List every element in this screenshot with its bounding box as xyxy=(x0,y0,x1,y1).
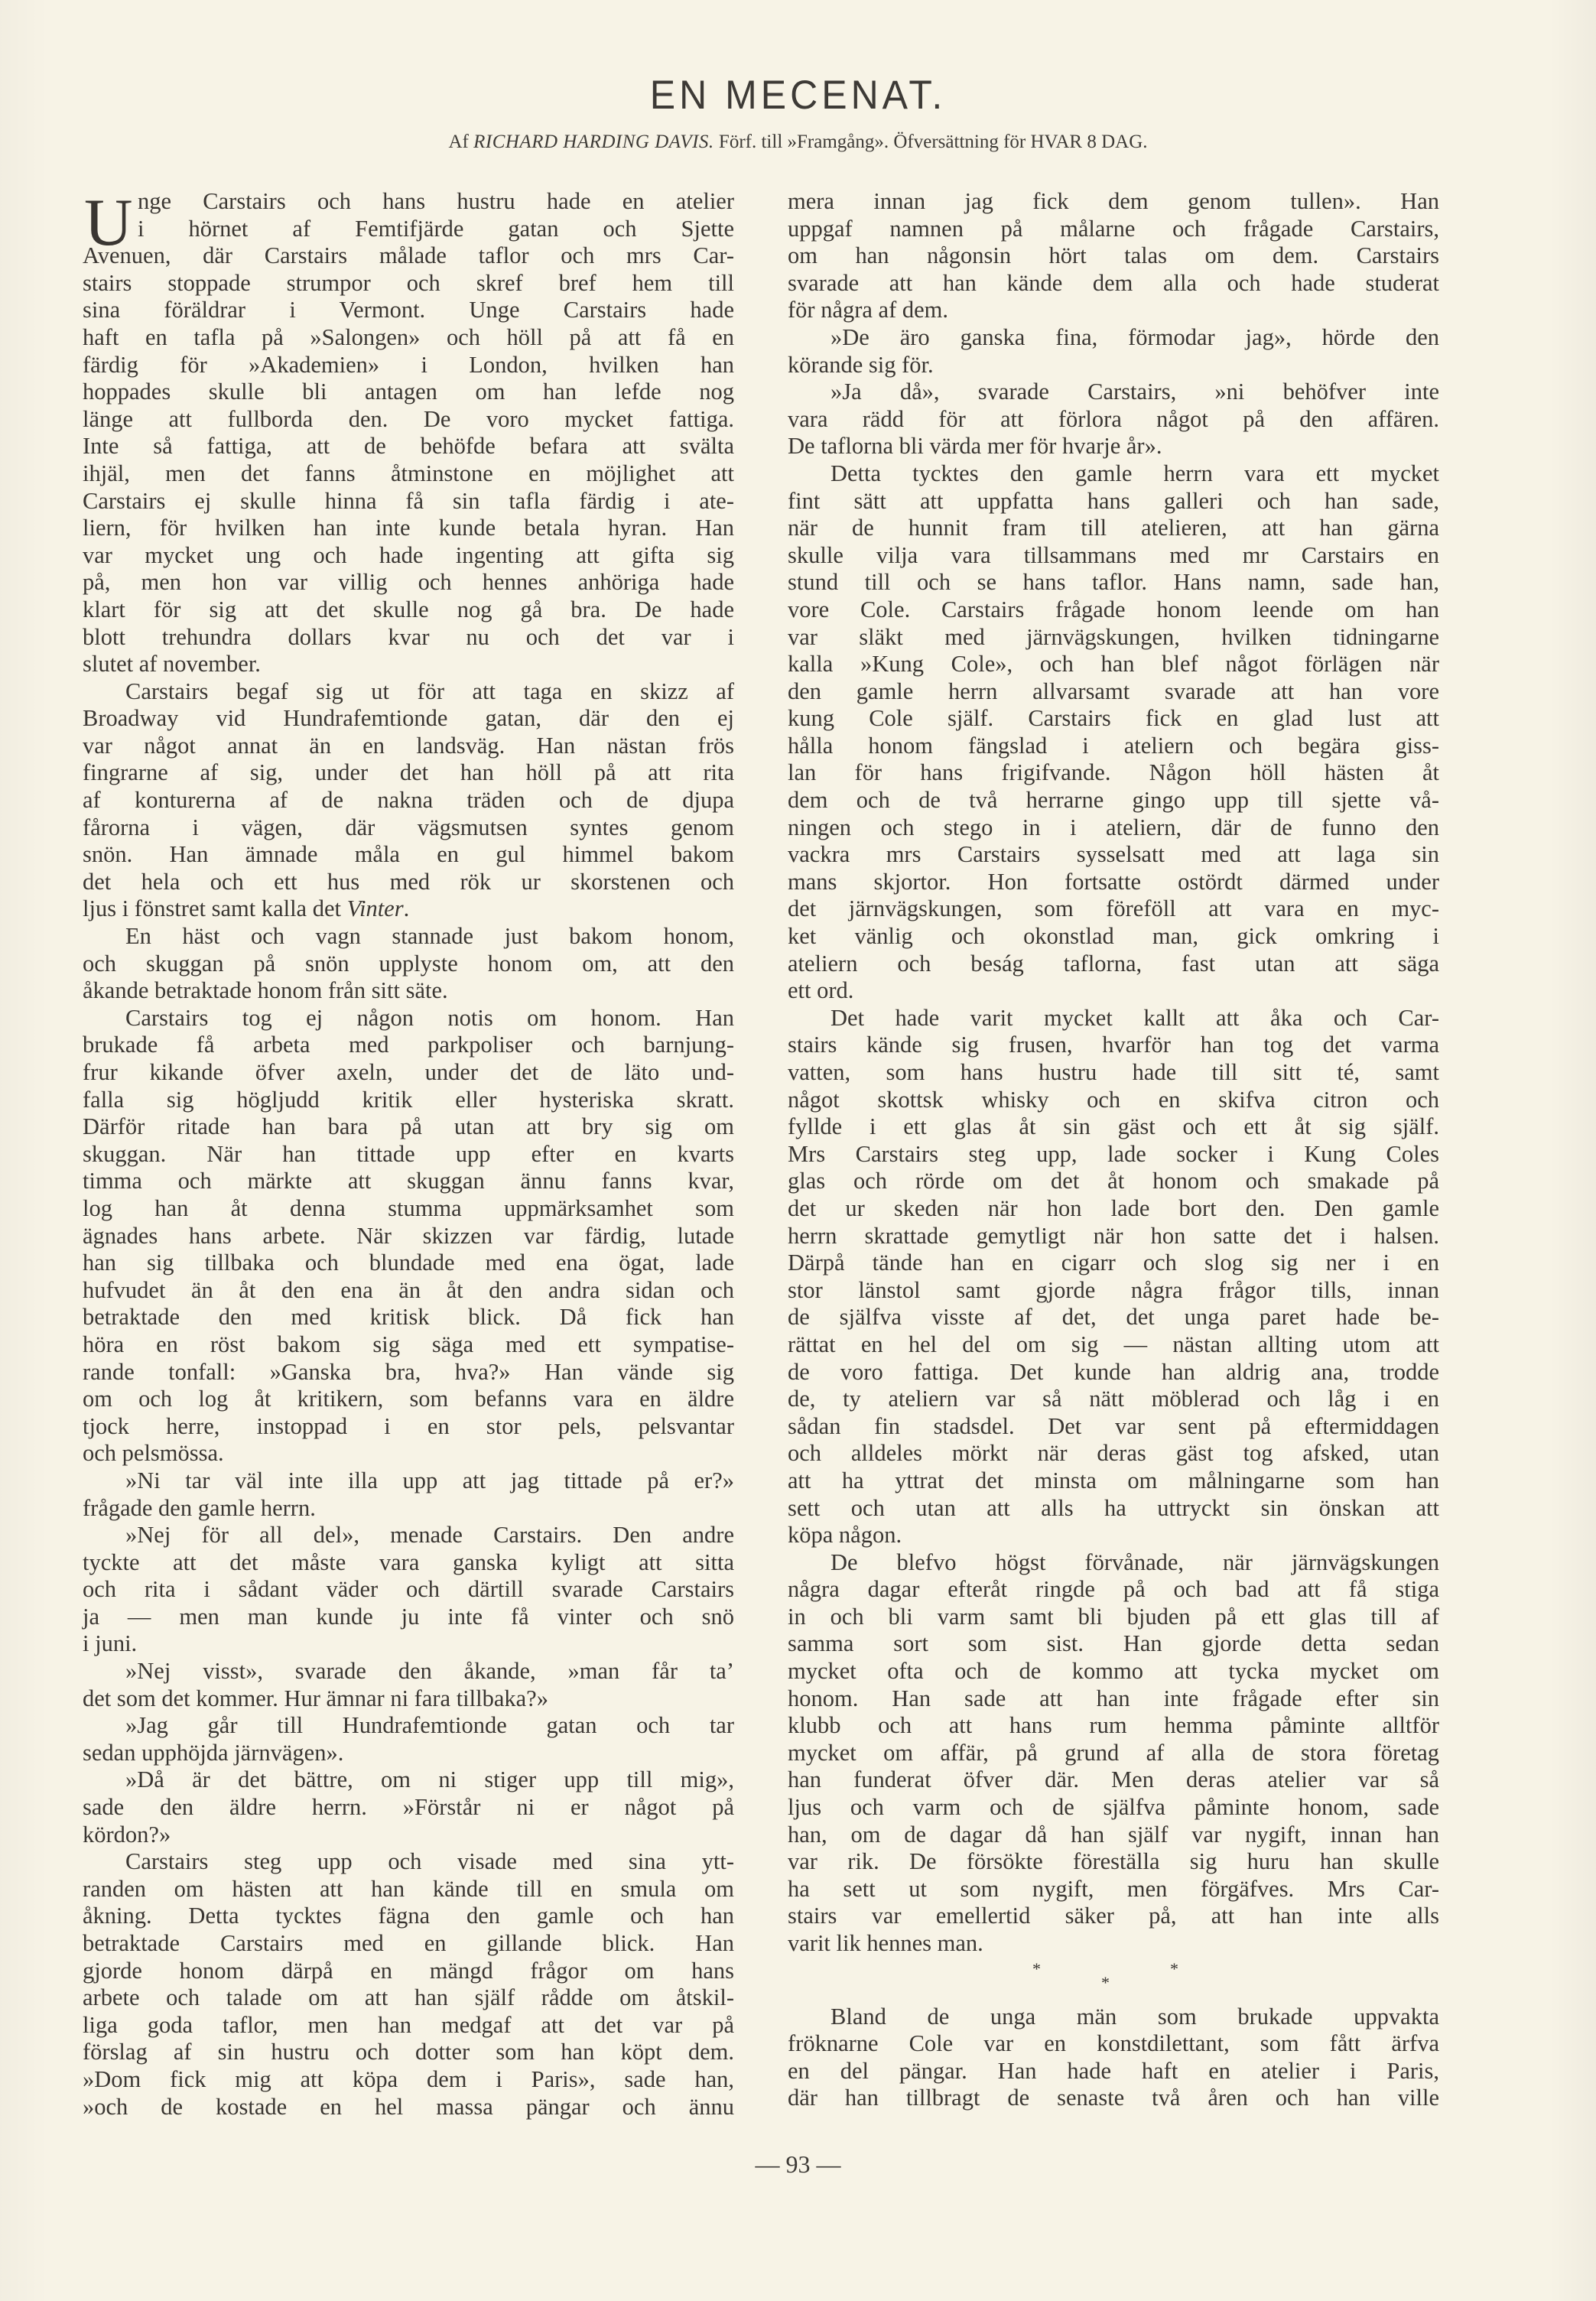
text-line: något skottsk whisky och en skifva citro… xyxy=(788,1087,1439,1114)
text-line-content: sedan upphöjda järnvägen». xyxy=(83,1740,343,1766)
text-line: var mycket ung och hade ingenting att gi… xyxy=(83,542,734,570)
text-line: var rik. De försökte föreställa sig huru… xyxy=(788,1848,1439,1876)
text-line-content: en del pängar. Han hade haft en atelier … xyxy=(788,2058,1439,2084)
text-line: ningen och stego in i ateliern, där de f… xyxy=(788,814,1439,842)
text-line: Detta tycktes den gamle herrn vara ett m… xyxy=(788,460,1439,488)
text-line-content: Carstairs ej skulle hinna få sin tafla f… xyxy=(83,488,734,514)
text-line: lan för hans frigifvande. Någon höll häs… xyxy=(788,759,1439,787)
text-line: betraktade Carstairs med en gillande bli… xyxy=(83,1930,734,1958)
text-line: nge Carstairs och hans hustru hade en at… xyxy=(83,188,734,216)
text-line: skuggan. När han tittade upp efter en kv… xyxy=(83,1141,734,1168)
text-line-content: ihjäl, men det fanns åtminstone en möjli… xyxy=(83,460,734,486)
text-line-content: hufvudet än åt den ena än åt den andra s… xyxy=(83,1277,734,1303)
text-line-content: ett ord. xyxy=(788,977,853,1003)
text-line-content: »Ja då», svarade Carstairs, »ni behöfver… xyxy=(831,379,1439,405)
text-line-content: rande tonfall: »Ganska bra, hva?» Han vä… xyxy=(83,1359,734,1385)
text-line-content: Inte så fattiga, att de behöfde befara a… xyxy=(83,433,734,459)
text-line-content: ägnades hans arbete. När skizzen var fär… xyxy=(83,1223,734,1249)
text-line: mycket ofta och de kommo att tycka mycke… xyxy=(788,1658,1439,1685)
text-line: log han åt denna stumma uppmärksamhet so… xyxy=(83,1195,734,1223)
byline: Af RICHARD HARDING DAVIS. Förf. till »Fr… xyxy=(0,132,1596,153)
text-line-content: frur kikande öfver axeln, under det de l… xyxy=(83,1059,734,1085)
text-line: det järnvägskungen, som föreföll att var… xyxy=(788,895,1439,923)
text-line: på, men hon var villig och hennes anhöri… xyxy=(83,569,734,596)
article-title: EN MECENAT. xyxy=(0,72,1596,119)
text-line-content: ljus i fönstret samt kalla det xyxy=(83,895,341,921)
text-line-content: haft en tafla på »Salongen» och höll på … xyxy=(83,324,734,350)
text-line: falla sig högljudd kritik eller hysteris… xyxy=(83,1087,734,1114)
text-line: Carstairs steg upp och visade med sina y… xyxy=(83,1848,734,1876)
text-line: Därpå tände han en cigarr och slog sig n… xyxy=(788,1250,1439,1277)
text-line: sina föräldrar i Vermont. Unge Carstairs… xyxy=(83,297,734,324)
text-line: en del pängar. Han hade haft en atelier … xyxy=(788,2058,1439,2085)
text-line: om och log åt kritikern, som befanns var… xyxy=(83,1386,734,1413)
text-line-content: i hörnet af Femtifjärde gatan och Sjette xyxy=(138,216,734,242)
text-line: glas och rörde om det åt honom och smaka… xyxy=(788,1168,1439,1195)
text-line: hålla honom fängslad i ateliern och begä… xyxy=(788,733,1439,760)
text-line: varit lik hennes man. xyxy=(788,1930,1439,1958)
text-line-content: ha sett ut som nygift, men förgäfves. Mr… xyxy=(788,1876,1439,1902)
byline-rest: Förf. till »Framgång». Öfversättning för… xyxy=(719,132,1148,152)
text-line-content: frågade den gamle herrn. xyxy=(83,1495,316,1521)
text-line-content: svarade att han kände dem alla och hade … xyxy=(788,270,1439,296)
text-line-content: blott trehundra dollars kvar nu och det … xyxy=(83,624,734,650)
right-column-text: mera innan jag fick dem genom tullen». H… xyxy=(788,188,1439,1958)
text-line-content: stairs kände sig frusen, hvarför han tog… xyxy=(788,1032,1439,1058)
author-name: RICHARD HARDING DAVIS. xyxy=(473,132,714,152)
page-number: — 93 — xyxy=(0,2150,1596,2179)
text-line: snön. Han ämnade måla en gul himmel bako… xyxy=(83,841,734,869)
text-line: höra en röst bakom sig säga med ett symp… xyxy=(83,1331,734,1359)
text-line: haft en tafla på »Salongen» och höll på … xyxy=(83,324,734,352)
text-line: Broadway vid Hundrafemtionde gatan, där … xyxy=(83,705,734,733)
text-line: skulle vilja vara tillsammans med mr Car… xyxy=(788,542,1439,570)
text-line: honom. Han sade att han inte frågade eft… xyxy=(788,1685,1439,1713)
text-line: och alldeles mörkt när deras gäst tog af… xyxy=(788,1440,1439,1467)
text-line-content: Avenuen, där Carstairs målade taflor och… xyxy=(83,242,734,268)
text-line-content: köpa någon. xyxy=(788,1522,902,1548)
text-line-content: den gamle herrn allvarsamt svarade att h… xyxy=(788,678,1439,704)
text-line: de själfva visste af det, det unga paret… xyxy=(788,1304,1439,1331)
left-column-text: nge Carstairs och hans hustru hade en at… xyxy=(83,188,734,2121)
text-line-content: betraktade den med kritisk blick. Då fic… xyxy=(83,1304,734,1330)
text-line: »Jag går till Hundrafemtionde gatan och … xyxy=(83,1712,734,1740)
text-line: Mrs Carstairs steg upp, lade socker i Ku… xyxy=(788,1141,1439,1168)
section-break-star: * xyxy=(1170,1959,1178,1979)
text-line-content: hålla honom fängslad i ateliern och begä… xyxy=(788,733,1439,759)
punctuation: . xyxy=(404,895,410,921)
text-line-content: var släkt med järnvägskungen, hvilken ti… xyxy=(788,624,1439,650)
text-line-content: ja — men man kunde ju inte få vinter och… xyxy=(83,1604,734,1630)
text-line-content: och skuggan på snön upplyste honom om, a… xyxy=(83,951,734,977)
text-line-content: slutet af november. xyxy=(83,651,261,677)
text-line-content: Carstairs begaf sig ut för att taga en s… xyxy=(125,678,734,704)
text-line: »Nej för all del», menade Carstairs. Den… xyxy=(83,1522,734,1549)
text-line: hoppades skulle bli antagen om han lefde… xyxy=(83,379,734,406)
text-line-content: och alldeles mörkt när deras gäst tog af… xyxy=(788,1440,1439,1466)
byline-prefix: Af xyxy=(448,132,468,152)
text-line: de voro fattiga. Det kunde han aldrig an… xyxy=(788,1359,1439,1386)
text-line: han funderat öfver där. Men deras atelie… xyxy=(788,1766,1439,1794)
text-line-content: för några af dem. xyxy=(788,297,948,323)
text-line: Därför ritade han bara på utan att bry s… xyxy=(83,1113,734,1141)
section-break-star: * xyxy=(1032,1959,1041,1979)
text-line: frur kikande öfver axeln, under det de l… xyxy=(83,1059,734,1087)
text-line: stairs stoppade strumpor och skref bref … xyxy=(83,270,734,297)
text-line-content: dem och de två herrarne gingo upp till s… xyxy=(788,787,1439,813)
text-line-content: stund till och se hans taflor. Hans namn… xyxy=(788,569,1439,595)
text-line-content: tjock herre, instoppad i en stor pels, p… xyxy=(83,1413,734,1439)
text-line: stor länstol samt gjorde några frågor ti… xyxy=(788,1277,1439,1305)
text-line-content: stairs var emellertid säker på, att han … xyxy=(788,1903,1439,1929)
text-line-content: fint sätt att uppfatta hans galleri och … xyxy=(788,488,1439,514)
text-line-content: fröknarne Cole var en konstdilettant, so… xyxy=(788,2030,1439,2056)
text-line-content: vara rädd för att förlora något på den a… xyxy=(788,406,1439,432)
text-line-content: timma och märkte att skuggan ännu fanns … xyxy=(83,1168,734,1194)
text-line-content: »Ni tar väl inte illa upp att jag tittad… xyxy=(125,1467,734,1493)
text-line-content: när de hunnit fram till atelieren, att h… xyxy=(788,515,1439,541)
text-line-content: Broadway vid Hundrafemtionde gatan, där … xyxy=(83,705,734,731)
text-line: han sig tillbaka och blundade med ena ög… xyxy=(83,1250,734,1277)
text-line-content: om han någonsin hört talas om dem. Carst… xyxy=(788,242,1439,268)
text-line: af konturerna af de nakna träden och de … xyxy=(83,787,734,814)
text-line: kalla »Kung Cole», och han blef något fö… xyxy=(788,651,1439,678)
text-line: klart för sig att det skulle nog gå bra.… xyxy=(83,596,734,624)
text-line: ägnades hans arbete. När skizzen var fär… xyxy=(83,1223,734,1250)
text-line-content: ateliern och beság taflorna, fast utan a… xyxy=(788,951,1439,977)
text-line-content: fingrarne af sig, under det han höll på … xyxy=(83,759,734,785)
text-line-content: de själfva visste af det, det unga paret… xyxy=(788,1304,1439,1330)
text-line: Carstairs ej skulle hinna få sin tafla f… xyxy=(83,488,734,515)
text-line-content: in och bli varm samt bli bjuden på ett g… xyxy=(788,1604,1439,1630)
text-line-content: sådan fin stadsdel. Det var sent på efte… xyxy=(788,1413,1439,1439)
text-line: timma och märkte att skuggan ännu fanns … xyxy=(83,1168,734,1195)
text-line-content: mera innan jag fick dem genom tullen». H… xyxy=(788,188,1439,214)
text-line: »Nej visst», svarade den åkande, »man få… xyxy=(83,1658,734,1685)
text-line-content: arbete och talade om att han själf rådde… xyxy=(83,1984,734,2010)
text-line: slutet af november. xyxy=(83,651,734,678)
text-line: tjock herre, instoppad i en stor pels, p… xyxy=(83,1413,734,1441)
text-line: rande tonfall: »Ganska bra, hva?» Han vä… xyxy=(83,1359,734,1386)
text-line-content: var rik. De försökte föreställa sig huru… xyxy=(788,1848,1439,1874)
text-line-content: något skottsk whisky och en skifva citro… xyxy=(788,1087,1439,1113)
text-line-content: vatten, som hans hustru hade till sitt t… xyxy=(788,1059,1439,1085)
text-line-content: det hela och ett hus med rök ur skorsten… xyxy=(83,869,734,895)
text-line-content: brukade få arbeta med parkpoliser och ba… xyxy=(83,1032,734,1058)
text-line: körande sig för. xyxy=(788,352,1439,379)
text-line: fingrarne af sig, under det han höll på … xyxy=(83,759,734,787)
text-line: »De äro ganska fina, förmodar jag», hörd… xyxy=(788,324,1439,352)
text-line: ihjäl, men det fanns åtminstone en möjli… xyxy=(83,460,734,488)
text-line: fröknarne Cole var en konstdilettant, so… xyxy=(788,2030,1439,2058)
text-line-content: snön. Han ämnade måla en gul himmel bako… xyxy=(83,841,734,867)
text-line-content: Carstairs steg upp och visade med sina y… xyxy=(125,1848,734,1874)
text-line: gjorde honom därpå en mängd frågor om ha… xyxy=(83,1958,734,1985)
text-line: sådan fin stadsdel. Det var sent på efte… xyxy=(788,1413,1439,1441)
text-line-content: mans skjortor. Hon fortsatte ostördt där… xyxy=(788,869,1439,895)
text-line: och skuggan på snön upplyste honom om, a… xyxy=(83,951,734,978)
text-line-content: fyllde i ett glas åt sin gäst och ett åt… xyxy=(788,1113,1439,1139)
text-line-content: länge att fullborda den. De voro mycket … xyxy=(83,406,734,432)
text-line: sett och utan att alls ha uttryckt sin ö… xyxy=(788,1495,1439,1523)
text-line: fårorna i vägen, där vägsmutsen syntes g… xyxy=(83,814,734,842)
text-line-content: sade den äldre herrn. »Förstår ni er någ… xyxy=(83,1794,734,1820)
text-line: blott trehundra dollars kvar nu och det … xyxy=(83,624,734,652)
text-line: »Då är det bättre, om ni stiger upp till… xyxy=(83,1766,734,1794)
text-line: vara rädd för att förlora något på den a… xyxy=(788,406,1439,434)
text-line: om han någonsin hört talas om dem. Carst… xyxy=(788,242,1439,270)
text-line: fint sätt att uppfatta hans galleri och … xyxy=(788,488,1439,515)
text-line: betraktade den med kritisk blick. Då fic… xyxy=(83,1304,734,1331)
text-line: »Ja då», svarade Carstairs, »ni behöfver… xyxy=(788,379,1439,406)
text-line-content: sett och utan att alls ha uttryckt sin ö… xyxy=(788,1495,1439,1521)
text-line: brukade få arbeta med parkpoliser och ba… xyxy=(83,1032,734,1059)
text-line-content: sina föräldrar i Vermont. Unge Carstairs… xyxy=(83,297,734,323)
text-line-content: åkning. Detta tycktes fägna den gamle oc… xyxy=(83,1903,734,1929)
text-line-content: det som det kommer. Hur ämnar ni fara ti… xyxy=(83,1685,548,1711)
text-line-content: färdig för »Akademien» i London, hvilken… xyxy=(83,352,734,378)
text-line: tyckte att det måste vara ganska kyligt … xyxy=(83,1549,734,1577)
text-line-content: det ur skeden när hon lade bort den. Den… xyxy=(788,1195,1439,1221)
text-line-content: förslag af sin hustru och dotter som han… xyxy=(83,2039,734,2065)
text-line-content: i juni. xyxy=(83,1630,137,1656)
italic-word: Vinter xyxy=(347,895,404,921)
text-line-content: och rita i sådant väder och därtill svar… xyxy=(83,1576,734,1602)
drop-cap: U xyxy=(84,193,133,254)
text-line-content: ningen och stego in i ateliern, där de f… xyxy=(788,814,1439,840)
text-line: kördon?» xyxy=(83,1822,734,1849)
text-line: köpa någon. xyxy=(788,1522,1439,1549)
text-line: sade den äldre herrn. »Förstår ni er någ… xyxy=(83,1794,734,1822)
text-line-content: stor länstol samt gjorde några frågor ti… xyxy=(788,1277,1439,1303)
text-line-content: »Nej visst», svarade den åkande, »man få… xyxy=(125,1658,734,1684)
text-line: liern, för hvilken han inte kunde betala… xyxy=(83,515,734,542)
text-line: liga goda taflor, men han medgaf att det… xyxy=(83,2012,734,2039)
text-line-content: nge Carstairs och hans hustru hade en at… xyxy=(138,188,734,214)
text-line: mans skjortor. Hon fortsatte ostördt där… xyxy=(788,869,1439,896)
text-line-content: Det hade varit mycket kallt att åka och … xyxy=(831,1005,1439,1031)
text-line: rättat en hel del om sig — nästan alltin… xyxy=(788,1331,1439,1359)
text-line-content: falla sig högljudd kritik eller hysteris… xyxy=(83,1087,734,1113)
section-break: * * * xyxy=(788,1958,1439,2004)
text-line-content: »Jag går till Hundrafemtionde gatan och … xyxy=(125,1712,734,1738)
text-line: frågade den gamle herrn. xyxy=(83,1495,734,1523)
text-line: Carstairs tog ej någon notis om honom. H… xyxy=(83,1005,734,1032)
text-line: ket vänlig och okonstlad man, gick omkri… xyxy=(788,923,1439,951)
text-line: stairs var emellertid säker på, att han … xyxy=(788,1903,1439,1930)
text-line: Bland de unga män som brukade uppvakta xyxy=(788,2004,1439,2031)
text-line-content: om och log åt kritikern, som befanns var… xyxy=(83,1386,734,1412)
text-line-content: ket vänlig och okonstlad man, gick omkri… xyxy=(788,923,1439,949)
text-line: dem och de två herrarne gingo upp till s… xyxy=(788,787,1439,814)
text-line-content: En häst och vagn stannade just bakom hon… xyxy=(125,923,734,949)
text-line-content: »Nej för all del», menade Carstairs. Den… xyxy=(125,1522,734,1548)
text-line: vatten, som hans hustru hade till sitt t… xyxy=(788,1059,1439,1087)
text-line: åkning. Detta tycktes fägna den gamle oc… xyxy=(83,1903,734,1930)
text-line-content: där han tillbragt de senaste två åren oc… xyxy=(788,2085,1439,2111)
text-line: för några af dem. xyxy=(788,297,1439,324)
text-line: förslag af sin hustru och dotter som han… xyxy=(83,2039,734,2066)
text-line-content: skuggan. När han tittade upp efter en kv… xyxy=(83,1141,734,1167)
text-line-content: några dagar efteråt ringde på och bad at… xyxy=(788,1576,1439,1602)
text-line-content: kung Cole själf. Carstairs fick en glad … xyxy=(788,705,1439,731)
text-line: mycket om affär, på grund af alla de sto… xyxy=(788,1740,1439,1767)
text-line-content: tyckte att det måste vara ganska kyligt … xyxy=(83,1549,734,1575)
text-line: arbete och talade om att han själf rådde… xyxy=(83,1984,734,2012)
text-line: herrn skrattade gemytligt när hon satte … xyxy=(788,1223,1439,1250)
text-line: färdig för »Akademien» i London, hvilken… xyxy=(83,352,734,379)
text-line: De blefvo högst förvånade, när järnvägsk… xyxy=(788,1549,1439,1577)
text-line-content: var mycket ung och hade ingenting att gi… xyxy=(83,542,734,568)
text-line: stund till och se hans taflor. Hans namn… xyxy=(788,569,1439,596)
text-line-content: Bland de unga män som brukade uppvakta xyxy=(831,2004,1439,2030)
text-line: ja — men man kunde ju inte få vinter och… xyxy=(83,1604,734,1631)
text-line: att ha yttrat det minsta om målningarne … xyxy=(788,1467,1439,1495)
text-line: ett ord. xyxy=(788,977,1439,1005)
text-line-content: stairs stoppade strumpor och skref bref … xyxy=(83,270,734,296)
text-line-content: Carstairs tog ej någon notis om honom. H… xyxy=(125,1005,734,1031)
text-line-content: de voro fattiga. Det kunde han aldrig an… xyxy=(788,1359,1439,1385)
text-line: länge att fullborda den. De voro mycket … xyxy=(83,406,734,434)
text-line: det hela och ett hus med rök ur skorsten… xyxy=(83,869,734,896)
text-line: var släkt med järnvägskungen, hvilken ti… xyxy=(788,624,1439,652)
text-line-content: liga goda taflor, men han medgaf att det… xyxy=(83,2012,734,2038)
text-line-content: han funderat öfver där. Men deras atelie… xyxy=(788,1766,1439,1792)
text-line: var något annat än en landsväg. Han näst… xyxy=(83,733,734,760)
text-line: i hörnet af Femtifjärde gatan och Sjette xyxy=(83,216,734,243)
text-line-content: »De äro ganska fina, förmodar jag», hörd… xyxy=(831,324,1439,350)
text-line-content: att ha yttrat det minsta om målningarne … xyxy=(788,1467,1439,1493)
text-line-content: betraktade Carstairs med en gillande bli… xyxy=(83,1930,734,1956)
text-line-content: rättat en hel del om sig — nästan alltin… xyxy=(788,1331,1439,1357)
text-line: ateliern och beság taflorna, fast utan a… xyxy=(788,951,1439,978)
text-line-content: samma sort som sist. Han gjorde detta se… xyxy=(788,1630,1439,1656)
text-line: ha sett ut som nygift, men förgäfves. Mr… xyxy=(788,1876,1439,1903)
text-line-content: Därpå tände han en cigarr och slog sig n… xyxy=(788,1250,1439,1276)
text-line-content: »Då är det bättre, om ni stiger upp till… xyxy=(125,1766,734,1792)
text-line-content: log han åt denna stumma uppmärksamhet so… xyxy=(83,1195,734,1221)
text-line: ljus i fönstret samt kalla det Vinter. xyxy=(83,895,734,923)
text-line-content: på, men hon var villig och hennes anhöri… xyxy=(83,569,734,595)
text-line: den gamle herrn allvarsamt svarade att h… xyxy=(788,678,1439,706)
text-line-content: var något annat än en landsväg. Han näst… xyxy=(83,733,734,759)
text-line-content: han, om de dagar då han själf var nygift… xyxy=(788,1822,1439,1848)
text-line: fyllde i ett glas åt sin gäst och ett åt… xyxy=(788,1113,1439,1141)
text-line: sedan upphöjda järnvägen». xyxy=(83,1740,734,1767)
section-break-star: * xyxy=(1101,1973,1110,1993)
text-line: randen om hästen att han kände till en s… xyxy=(83,1876,734,1903)
text-line-content: klart för sig att det skulle nog gå bra.… xyxy=(83,596,734,622)
text-line-content: De taflorna bli värda mer för hvarje år»… xyxy=(788,433,1162,459)
text-line-content: herrn skrattade gemytligt när hon satte … xyxy=(788,1223,1439,1249)
text-line-content: åkande betraktade honom från sitt säte. xyxy=(83,977,448,1003)
text-line: De taflorna bli värda mer för hvarje år»… xyxy=(788,433,1439,460)
text-line: de, ty ateliern var så nätt möblerad och… xyxy=(788,1386,1439,1413)
text-line: där han tillbragt de senaste två åren oc… xyxy=(788,2085,1439,2112)
text-line-content: kalla »Kung Cole», och han blef något fö… xyxy=(788,651,1439,677)
text-line-content: höra en röst bakom sig säga med ett symp… xyxy=(83,1331,734,1357)
text-line-content: vackra mrs Carstairs sysselsatt med att … xyxy=(788,841,1439,867)
text-line-content: »Dom fick mig att köpa dem i Paris», sad… xyxy=(83,2066,734,2092)
right-column-text-continued: Bland de unga män som brukade uppvaktafr… xyxy=(788,2004,1439,2112)
text-line: klubb och att hans rum hemma påminte all… xyxy=(788,1712,1439,1740)
text-line-content: Detta tycktes den gamle herrn vara ett m… xyxy=(831,460,1439,486)
text-line: hufvudet än åt den ena än åt den andra s… xyxy=(83,1277,734,1305)
text-line-content: »och de kostade en hel massa pängar och … xyxy=(83,2094,734,2120)
text-line: in och bli varm samt bli bjuden på ett g… xyxy=(788,1604,1439,1631)
text-line: han, om de dagar då han själf var nygift… xyxy=(788,1822,1439,1849)
text-line: åkande betraktade honom från sitt säte. xyxy=(83,977,734,1005)
text-line-content: mycket ofta och de kommo att tycka mycke… xyxy=(788,1658,1439,1684)
text-line-content: honom. Han sade att han inte frågade eft… xyxy=(788,1685,1439,1711)
left-column: U nge Carstairs och hans hustru hade en … xyxy=(83,188,734,2121)
right-column: mera innan jag fick dem genom tullen». H… xyxy=(788,188,1439,2112)
text-line-content: Därför ritade han bara på utan att bry s… xyxy=(83,1113,734,1139)
text-line: Det hade varit mycket kallt att åka och … xyxy=(788,1005,1439,1032)
text-line-content: af konturerna af de nakna träden och de … xyxy=(83,787,734,813)
text-line: samma sort som sist. Han gjorde detta se… xyxy=(788,1630,1439,1658)
text-line: och rita i sådant väder och därtill svar… xyxy=(83,1576,734,1604)
text-line: mera innan jag fick dem genom tullen». H… xyxy=(788,188,1439,216)
text-line-content: det järnvägskungen, som föreföll att var… xyxy=(788,895,1439,921)
text-line: »och de kostade en hel massa pängar och … xyxy=(83,2094,734,2121)
text-line: svarade att han kände dem alla och hade … xyxy=(788,270,1439,297)
text-line-content: randen om hästen att han kände till en s… xyxy=(83,1876,734,1902)
text-line-content: lan för hans frigifvande. Någon höll häs… xyxy=(788,759,1439,785)
text-line-content: skulle vilja vara tillsammans med mr Car… xyxy=(788,542,1439,568)
text-line: vore Cole. Carstairs frågade honom leend… xyxy=(788,596,1439,624)
text-line: kung Cole själf. Carstairs fick en glad … xyxy=(788,705,1439,733)
text-line: Carstairs begaf sig ut för att taga en s… xyxy=(83,678,734,706)
text-line-content: glas och rörde om det åt honom och smaka… xyxy=(788,1168,1439,1194)
text-line-content: fårorna i vägen, där vägsmutsen syntes g… xyxy=(83,814,734,840)
text-line: En häst och vagn stannade just bakom hon… xyxy=(83,923,734,951)
text-line-content: De blefvo högst förvånade, när järnvägsk… xyxy=(831,1549,1439,1575)
text-line: det som det kommer. Hur ämnar ni fara ti… xyxy=(83,1685,734,1713)
text-line-content: och pelsmössa. xyxy=(83,1440,224,1466)
text-line-content: uppgaf namnen på målarne och frågade Car… xyxy=(788,216,1439,242)
text-line: och pelsmössa. xyxy=(83,1440,734,1467)
text-line: när de hunnit fram till atelieren, att h… xyxy=(788,515,1439,542)
magazine-page: EN MECENAT. Af RICHARD HARDING DAVIS. Fö… xyxy=(0,0,1596,2301)
text-line-content: kördon?» xyxy=(83,1822,171,1848)
text-line: vackra mrs Carstairs sysselsatt med att … xyxy=(788,841,1439,869)
text-line-content: körande sig för. xyxy=(788,352,934,378)
text-line-content: liern, för hvilken han inte kunde betala… xyxy=(83,515,734,541)
text-line-content: klubb och att hans rum hemma påminte all… xyxy=(788,1712,1439,1738)
text-line-content: han sig tillbaka och blundade med ena ög… xyxy=(83,1250,734,1276)
text-line-content: ljus och varm och de själfva påminte hon… xyxy=(788,1794,1439,1820)
text-line: i juni. xyxy=(83,1630,734,1658)
text-line: Avenuen, där Carstairs målade taflor och… xyxy=(83,242,734,270)
text-line-content: hoppades skulle bli antagen om han lefde… xyxy=(83,379,734,405)
text-line: några dagar efteråt ringde på och bad at… xyxy=(788,1576,1439,1604)
text-line-content: Mrs Carstairs steg upp, lade socker i Ku… xyxy=(788,1141,1439,1167)
text-line-content: gjorde honom därpå en mängd frågor om ha… xyxy=(83,1958,734,1984)
text-line: »Dom fick mig att köpa dem i Paris», sad… xyxy=(83,2066,734,2094)
text-line-content: mycket om affär, på grund af alla de sto… xyxy=(788,1740,1439,1766)
text-line: »Ni tar väl inte illa upp att jag tittad… xyxy=(83,1467,734,1495)
text-line-content: de, ty ateliern var så nätt möblerad och… xyxy=(788,1386,1439,1412)
text-line: stairs kände sig frusen, hvarför han tog… xyxy=(788,1032,1439,1059)
text-line: det ur skeden när hon lade bort den. Den… xyxy=(788,1195,1439,1223)
text-line-content: varit lik hennes man. xyxy=(788,1930,983,1956)
text-line: uppgaf namnen på målarne och frågade Car… xyxy=(788,216,1439,243)
text-line-content: vore Cole. Carstairs frågade honom leend… xyxy=(788,596,1439,622)
text-line: ljus och varm och de själfva påminte hon… xyxy=(788,1794,1439,1822)
text-line: Inte så fattiga, att de behöfde befara a… xyxy=(83,433,734,460)
